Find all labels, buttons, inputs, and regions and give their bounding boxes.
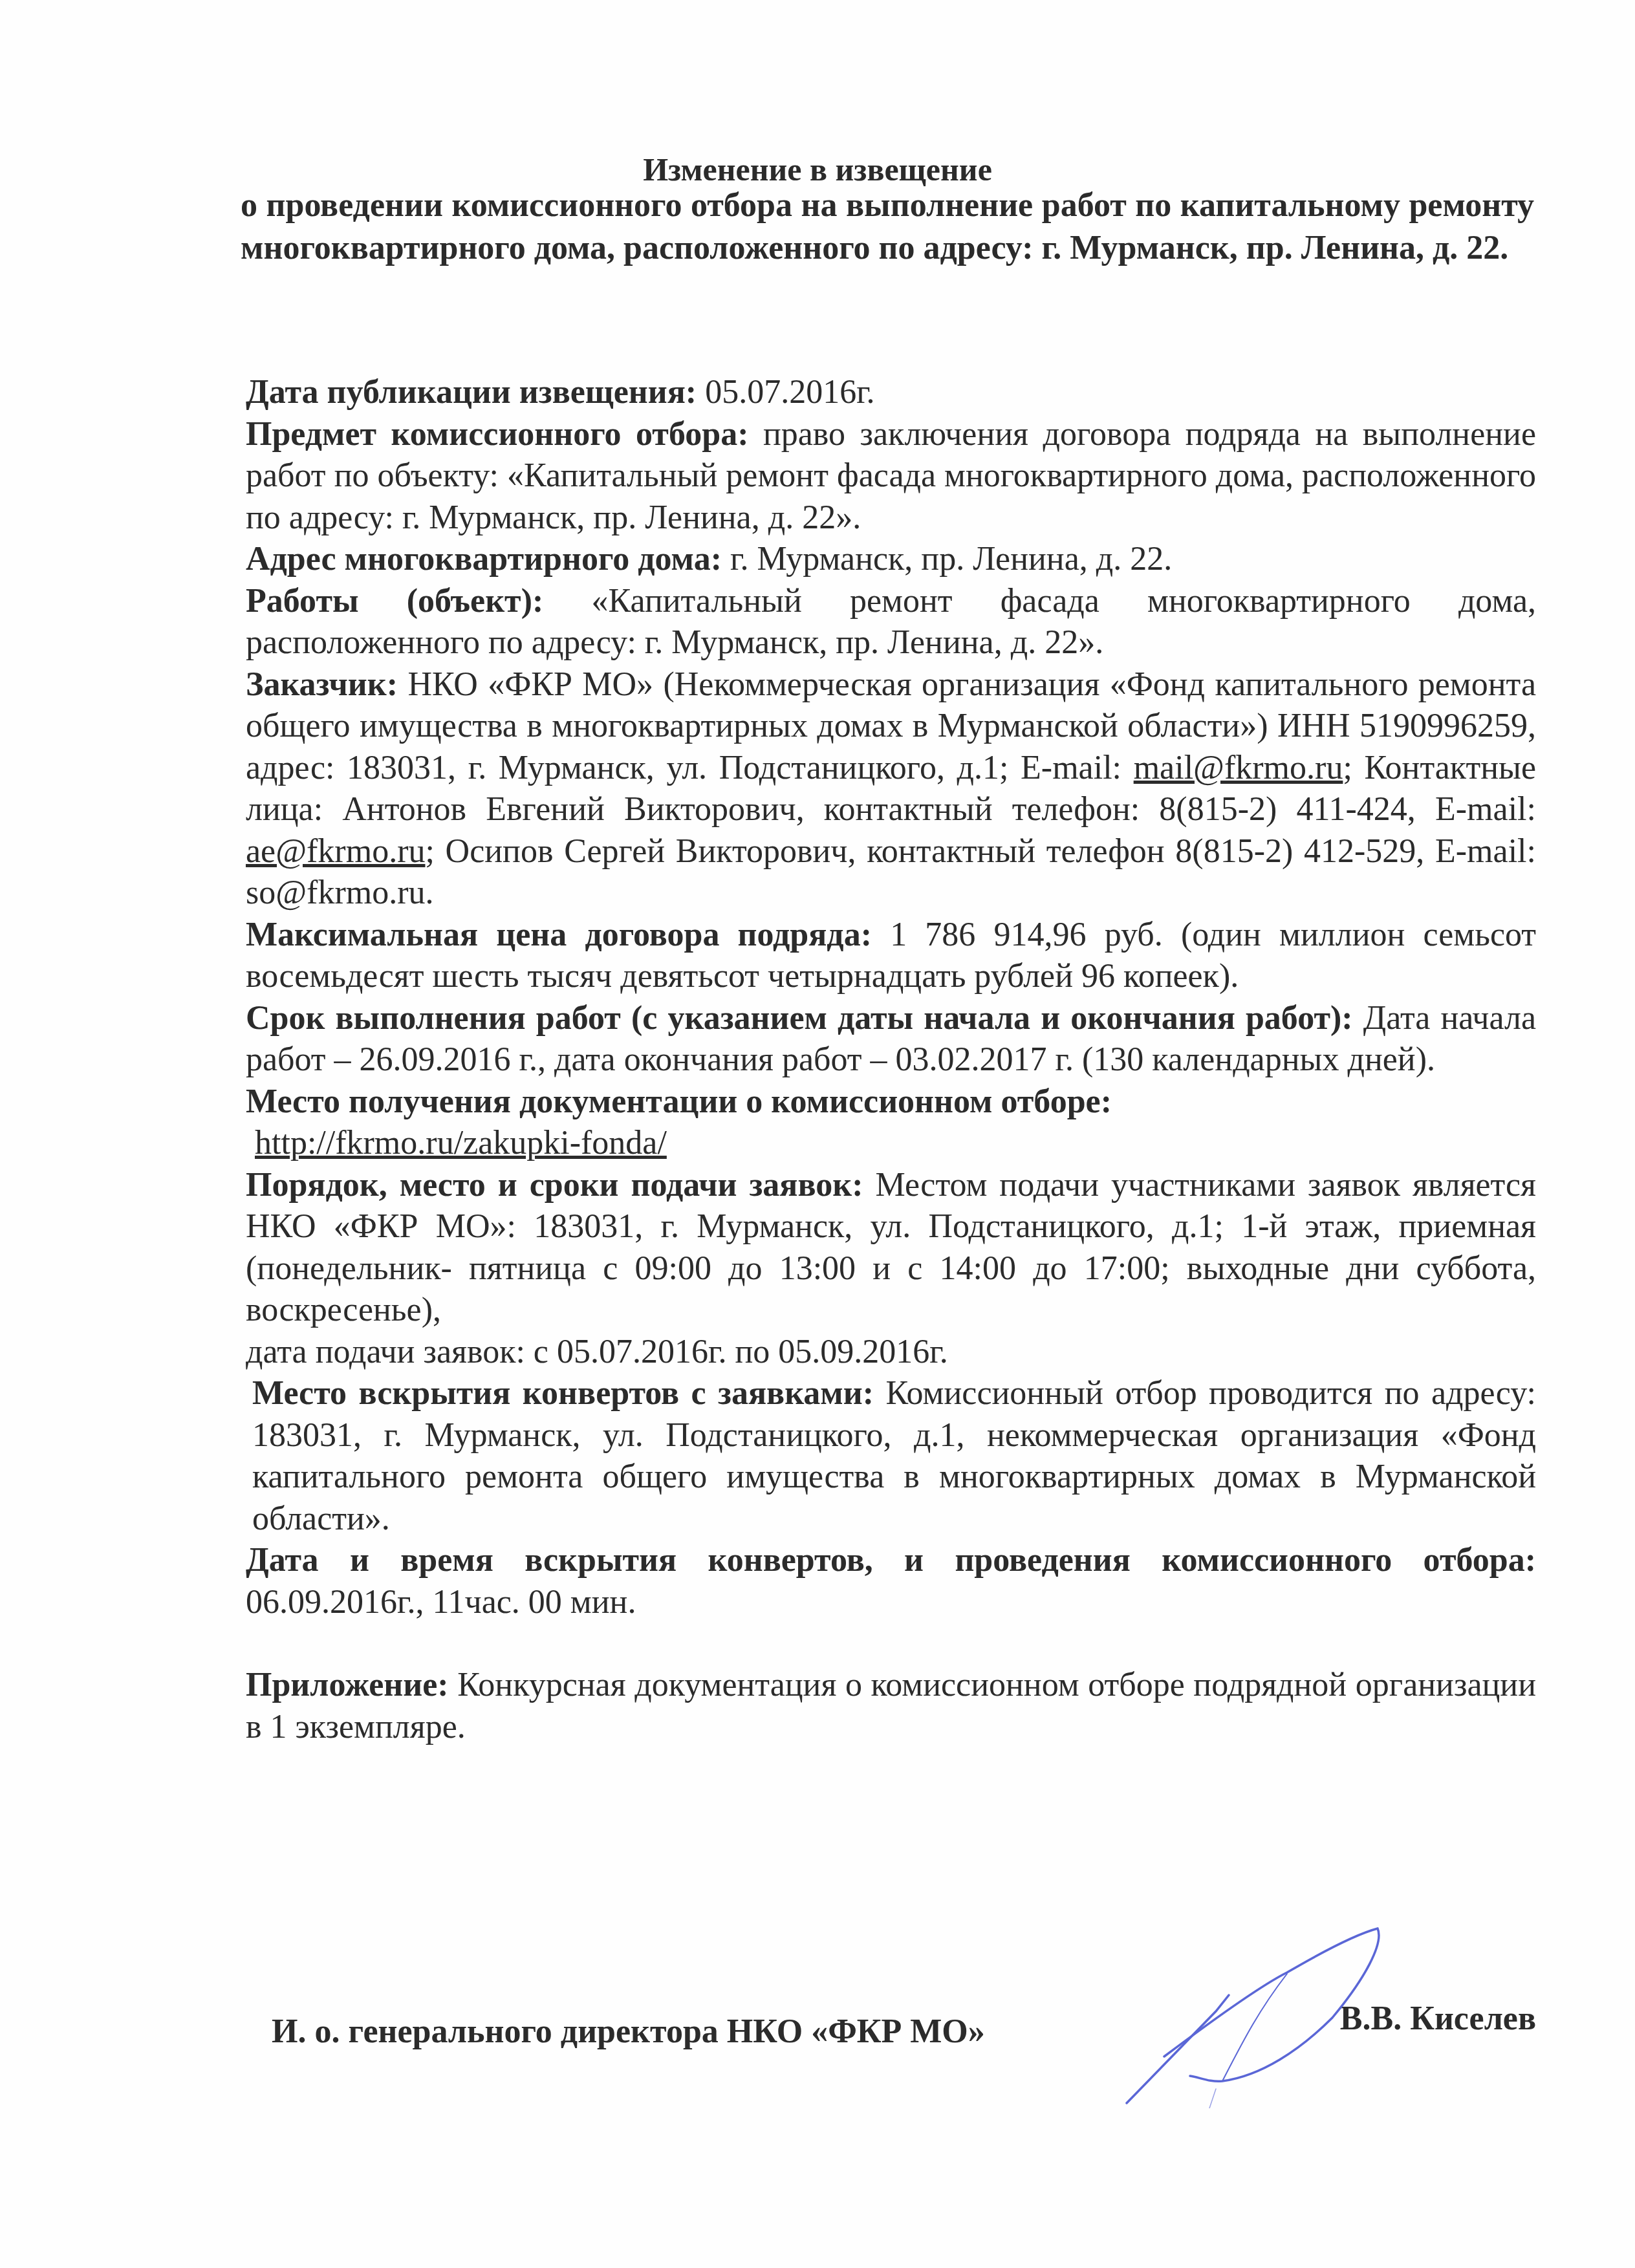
handwritten-signature-icon: [1119, 1914, 1403, 2108]
section-label: Работы (объект):: [246, 583, 543, 620]
document-title: Изменение в извещение: [0, 150, 1635, 189]
section-opening-datetime: Дата и время вскрытия конвертов, и прове…: [246, 1540, 1536, 1623]
section-text: 06.09.2016г., 11час. 00 мин.: [246, 1584, 636, 1621]
signer-position: И. о. генерального директора НКО «ФКР МО…: [272, 2011, 985, 2053]
section-label: Порядок, место и сроки подачи заявок:: [246, 1167, 863, 1204]
section-works: Работы (объект): «Капитальный ремонт фас…: [246, 581, 1536, 664]
section-label: Место получения документации о комиссион…: [246, 1083, 1112, 1120]
section-label: Предмет комиссионного отбора:: [246, 416, 748, 453]
section-label: Максимальная цена договора подряда:: [246, 916, 872, 953]
section-text: ; Осипов Сергей Викторович, контактный т…: [246, 833, 1536, 912]
section-publication-date: Дата публикации извещения: 05.07.2016г.: [246, 372, 1536, 414]
documentation-url-line: http://fkrmo.ru/zakupki-fonda/: [246, 1123, 1536, 1165]
section-label: Дата публикации извещения:: [246, 374, 697, 411]
section-label: Место вскрытия конвертов с заявками:: [252, 1375, 874, 1412]
section-attachment: Приложение: Конкурсная документация о ко…: [246, 1665, 1536, 1748]
spacer: [246, 1623, 1536, 1665]
documentation-url-link[interactable]: http://fkrmo.ru/zakupki-fonda/: [255, 1125, 667, 1161]
application-dates: дата подачи заявок: с 05.07.2016г. по 05…: [246, 1332, 1536, 1374]
email-link-ae[interactable]: ae@fkrmo.ru: [246, 833, 425, 870]
email-link-mail[interactable]: mail@fkrmo.ru: [1134, 750, 1343, 786]
section-envelope-opening-place: Место вскрытия конвертов с заявками: Ком…: [246, 1373, 1536, 1540]
section-documentation-place: Место получения документации о комиссион…: [246, 1081, 1536, 1123]
section-building-address: Адрес многоквартирного дома: г. Мурманск…: [246, 539, 1536, 581]
document-subtitle: о проведении комиссионного отбора на вып…: [241, 184, 1534, 270]
section-label: Адрес многоквартирного дома:: [246, 541, 722, 578]
section-work-period: Срок выполнения работ (с указанием даты …: [246, 998, 1536, 1081]
section-label: Приложение:: [246, 1667, 449, 1703]
section-customer: Заказчик: НКО «ФКР МО» (Некоммерческая о…: [246, 664, 1536, 914]
section-text: 05.07.2016г.: [697, 374, 874, 411]
section-max-price: Максимальная цена договора подряда: 1 78…: [246, 914, 1536, 998]
section-subject: Предмет комиссионного отбора: право закл…: [246, 414, 1536, 539]
section-label: Дата и время вскрытия конвертов, и прове…: [246, 1542, 1536, 1579]
section-text: г. Мурманск, пр. Ленина, д. 22.: [722, 541, 1172, 578]
section-label: Срок выполнения работ (с указанием даты …: [246, 1000, 1353, 1037]
document-body: Дата публикации извещения: 05.07.2016г. …: [246, 372, 1536, 1748]
section-application-procedure: Порядок, место и сроки подачи заявок: Ме…: [246, 1165, 1536, 1332]
section-label: Заказчик:: [246, 666, 398, 703]
document-page: Изменение в извещение о проведении комис…: [0, 0, 1635, 2268]
